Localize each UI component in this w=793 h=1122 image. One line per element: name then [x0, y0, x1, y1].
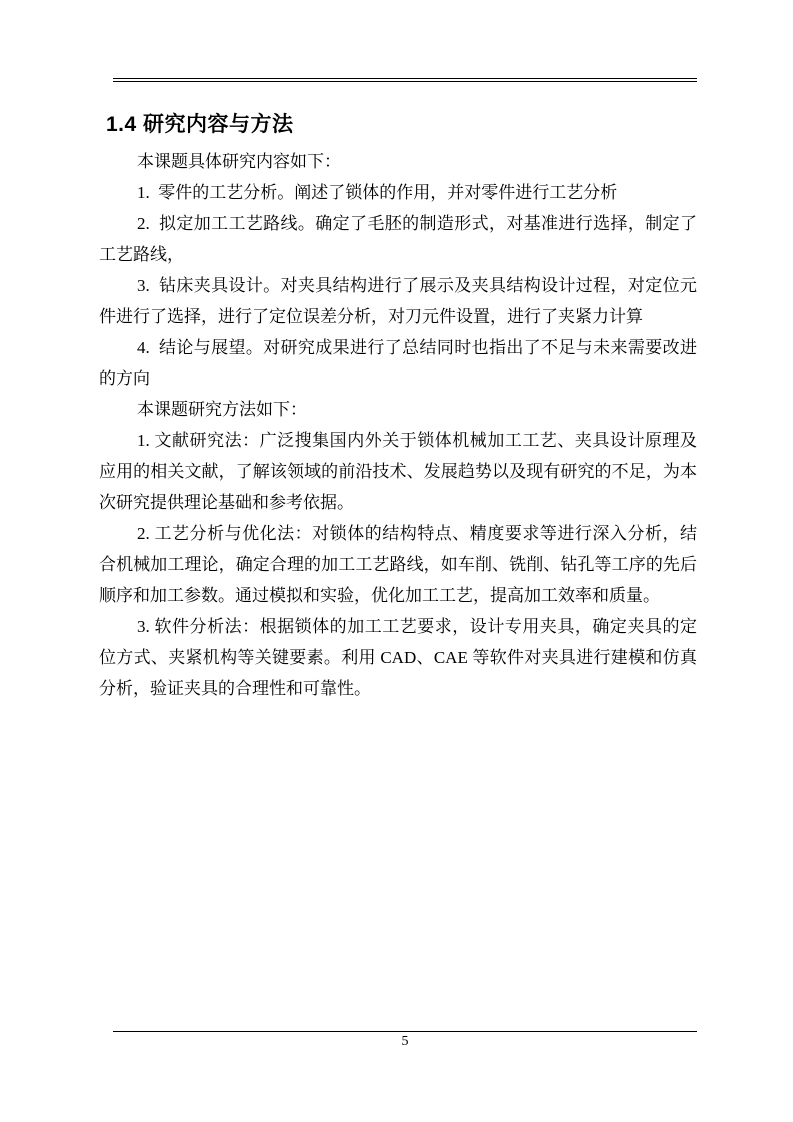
footer-rule	[113, 1031, 697, 1032]
paragraph-intro: 本课题具体研究内容如下：	[99, 146, 697, 177]
list-item-1: 1. 零件的工艺分析。阐述了锁体的作用，并对零件进行工艺分析	[99, 177, 697, 208]
page-number: 5	[113, 1034, 697, 1050]
list-item-2: 2. 拟定加工工艺路线。确定了毛胚的制造形式，对基准进行选择，制定了工艺路线，	[99, 208, 697, 270]
list-item-4: 4. 结论与展望。对研究成果进行了总结同时也指出了不足与未来需要改进的方向	[99, 332, 697, 394]
content-area: 本课题具体研究内容如下： 1. 零件的工艺分析。阐述了锁体的作用，并对零件进行工…	[99, 146, 697, 704]
paragraph-methods-intro: 本课题研究方法如下：	[99, 394, 697, 425]
document-page: 1.4 研究内容与方法 本课题具体研究内容如下： 1. 零件的工艺分析。阐述了锁…	[0, 0, 793, 1122]
method-item-2: 2. 工艺分析与优化法：对锁体的结构特点、精度要求等进行深入分析，结合机械加工理…	[99, 518, 697, 611]
list-item-3: 3. 钻床夹具设计。对夹具结构进行了展示及夹具结构设计过程，对定位元件进行了选择…	[99, 270, 697, 332]
method-item-3: 3. 软件分析法：根据锁体的加工工艺要求，设计专用夹具，确定夹具的定位方式、夹紧…	[99, 611, 697, 704]
section-heading: 1.4 研究内容与方法	[106, 112, 294, 138]
header-rule	[113, 78, 697, 82]
method-item-1: 1. 文献研究法：广泛搜集国内外关于锁体机械加工工艺、夹具设计原理及应用的相关文…	[99, 425, 697, 518]
